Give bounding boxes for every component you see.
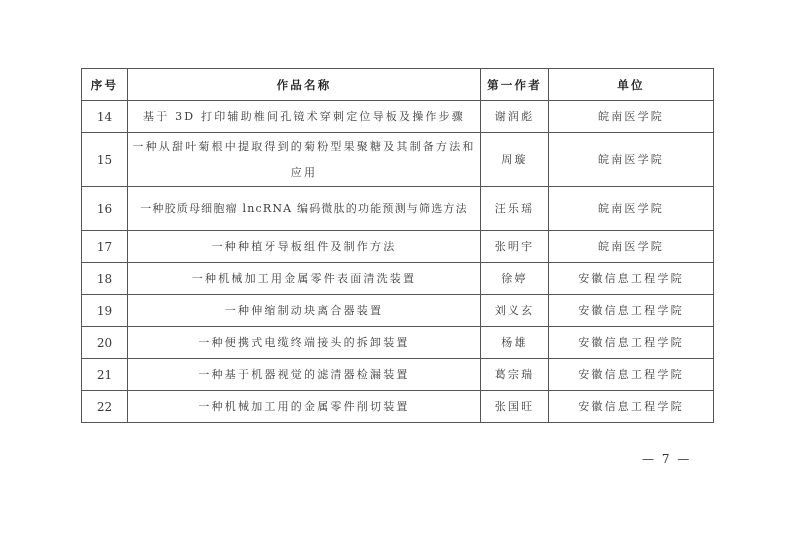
table-row: 20 一种便携式电缆终端接头的拆卸装置 杨雄 安徽信息工程学院 <box>82 327 714 359</box>
header-first-author: 第一作者 <box>481 69 549 101</box>
header-unit: 单位 <box>549 69 714 101</box>
cell-unit: 安徽信息工程学院 <box>549 295 714 327</box>
table-row: 22 一种机械加工用的金属零件削切装置 张国旺 安徽信息工程学院 <box>82 391 714 423</box>
cell-first-author: 刘义玄 <box>481 295 549 327</box>
cell-title: 一种种植牙导板组件及制作方法 <box>128 231 481 263</box>
cell-index: 18 <box>82 263 128 295</box>
table-row: 18 一种机械加工用金属零件表面清洗装置 徐婷 安徽信息工程学院 <box>82 263 714 295</box>
cell-unit: 安徽信息工程学院 <box>549 327 714 359</box>
cell-index: 15 <box>82 133 128 187</box>
cell-first-author: 张明宇 <box>481 231 549 263</box>
table-row: 16 一种胶质母细胞瘤 lncRNA 编码微肽的功能预测与筛选方法 汪乐瑶 皖南… <box>82 187 714 231</box>
cell-unit: 皖南医学院 <box>549 101 714 133</box>
cell-first-author: 汪乐瑶 <box>481 187 549 231</box>
cell-title: 一种胶质母细胞瘤 lncRNA 编码微肽的功能预测与筛选方法 <box>128 187 481 231</box>
cell-unit: 皖南医学院 <box>549 187 714 231</box>
cell-title: 一种基于机器视觉的滤清器检漏装置 <box>128 359 481 391</box>
cell-index: 22 <box>82 391 128 423</box>
header-title: 作品名称 <box>128 69 481 101</box>
cell-title: 一种从甜叶菊根中提取得到的菊粉型果聚糖及其制备方法和应用 <box>128 133 481 187</box>
cell-first-author: 谢润彪 <box>481 101 549 133</box>
cell-unit: 安徽信息工程学院 <box>549 391 714 423</box>
table-row: 15 一种从甜叶菊根中提取得到的菊粉型果聚糖及其制备方法和应用 周璇 皖南医学院 <box>82 133 714 187</box>
cell-title: 一种伸缩制动块离合器装置 <box>128 295 481 327</box>
awards-table: 序号 作品名称 第一作者 单位 14 基于 3D 打印辅助椎间孔镜术穿刺定位导板… <box>81 68 714 423</box>
table-row: 21 一种基于机器视觉的滤清器检漏装置 葛宗瑞 安徽信息工程学院 <box>82 359 714 391</box>
header-index: 序号 <box>82 69 128 101</box>
table-row: 17 一种种植牙导板组件及制作方法 张明宇 皖南医学院 <box>82 231 714 263</box>
cell-index: 14 <box>82 101 128 133</box>
cell-first-author: 周璇 <box>481 133 549 187</box>
cell-index: 20 <box>82 327 128 359</box>
cell-first-author: 张国旺 <box>481 391 549 423</box>
page-number: — 7 — <box>642 452 691 466</box>
cell-title: 基于 3D 打印辅助椎间孔镜术穿刺定位导板及操作步骤 <box>128 101 481 133</box>
cell-unit: 安徽信息工程学院 <box>549 359 714 391</box>
cell-title: 一种机械加工用的金属零件削切装置 <box>128 391 481 423</box>
cell-title: 一种机械加工用金属零件表面清洗装置 <box>128 263 481 295</box>
cell-first-author: 徐婷 <box>481 263 549 295</box>
cell-first-author: 杨雄 <box>481 327 549 359</box>
cell-first-author: 葛宗瑞 <box>481 359 549 391</box>
table-header-row: 序号 作品名称 第一作者 单位 <box>82 69 714 101</box>
cell-index: 16 <box>82 187 128 231</box>
cell-unit: 安徽信息工程学院 <box>549 263 714 295</box>
cell-index: 17 <box>82 231 128 263</box>
cell-title: 一种便携式电缆终端接头的拆卸装置 <box>128 327 481 359</box>
cell-index: 19 <box>82 295 128 327</box>
cell-unit: 皖南医学院 <box>549 231 714 263</box>
cell-index: 21 <box>82 359 128 391</box>
table-row: 14 基于 3D 打印辅助椎间孔镜术穿刺定位导板及操作步骤 谢润彪 皖南医学院 <box>82 101 714 133</box>
table-row: 19 一种伸缩制动块离合器装置 刘义玄 安徽信息工程学院 <box>82 295 714 327</box>
cell-unit: 皖南医学院 <box>549 133 714 187</box>
